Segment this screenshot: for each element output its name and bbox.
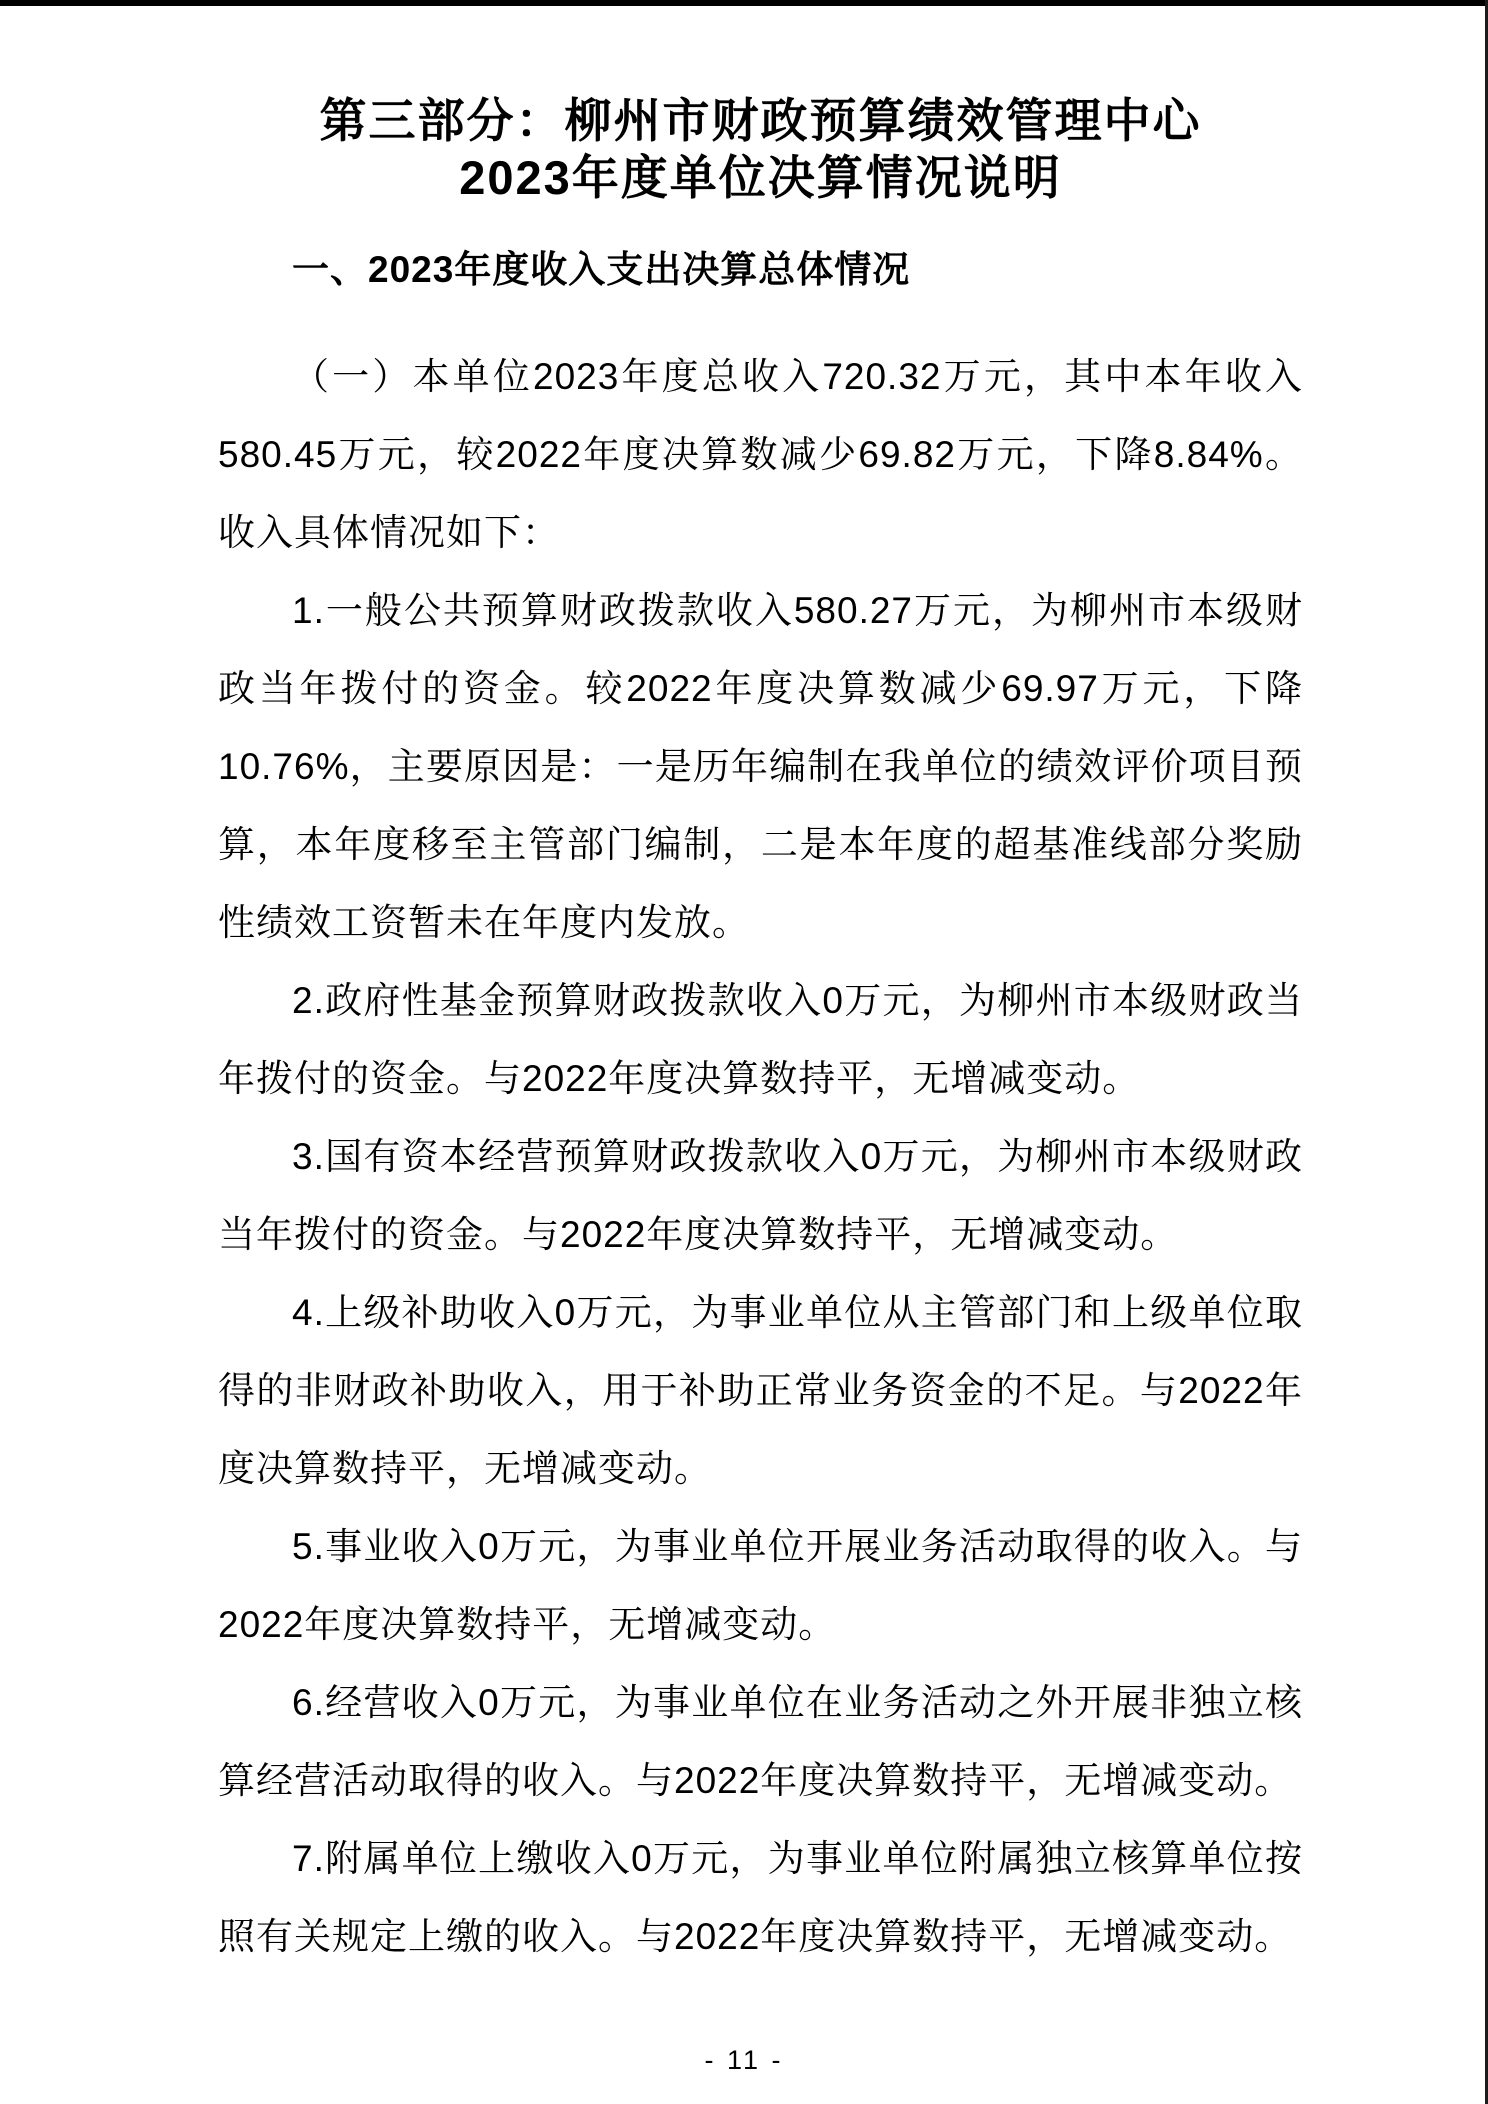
paragraph-item-3-state-capital: 3.国有资本经营预算财政拨款收入0万元，为柳州市本级财政当年拨付的资金。与202… xyxy=(218,1118,1303,1274)
page-number: - 11 - xyxy=(0,2045,1488,2076)
scan-artifact-top-border xyxy=(0,0,1488,6)
paragraph-item-6-operating-income: 6.经营收入0万元，为事业单位在业务活动之外开展非独立核算经营活动取得的收入。与… xyxy=(218,1664,1303,1820)
paragraph-item-2-govt-fund: 2.政府性基金预算财政拨款收入0万元，为柳州市本级财政当年拨付的资金。与2022… xyxy=(218,962,1303,1118)
document-title-line-2: 2023年度单位决算情况说明 xyxy=(459,151,1062,204)
document-page: 第三部分：柳州市财政预算绩效管理中心 2023年度单位决算情况说明 一、2023… xyxy=(0,0,1488,2104)
document-content: 第三部分：柳州市财政预算绩效管理中心 2023年度单位决算情况说明 一、2023… xyxy=(218,92,1303,1976)
paragraph-item-7-affiliated-units: 7.附属单位上缴收入0万元，为事业单位附属独立核算单位按照有关规定上缴的收入。与… xyxy=(218,1820,1303,1976)
paragraph-item-4-superior-subsidy: 4.上级补助收入0万元，为事业单位从主管部门和上级单位取得的非财政补助收入，用于… xyxy=(218,1274,1303,1508)
paragraph-total-income: （一）本单位2023年度总收入720.32万元，其中本年收入580.45万元，较… xyxy=(218,338,1303,572)
section-heading: 一、2023年度收入支出决算总体情况 xyxy=(218,246,1303,294)
paragraph-item-1-general-budget: 1.一般公共预算财政拨款收入580.27万元，为柳州市本级财政当年拨付的资金。较… xyxy=(218,572,1303,962)
document-title-line-1: 第三部分：柳州市财政预算绩效管理中心 xyxy=(320,94,1202,147)
document-title: 第三部分：柳州市财政预算绩效管理中心 2023年度单位决算情况说明 xyxy=(218,92,1303,206)
paragraph-item-5-business-income: 5.事业收入0万元，为事业单位开展业务活动取得的收入。与2022年度决算数持平，… xyxy=(218,1508,1303,1664)
